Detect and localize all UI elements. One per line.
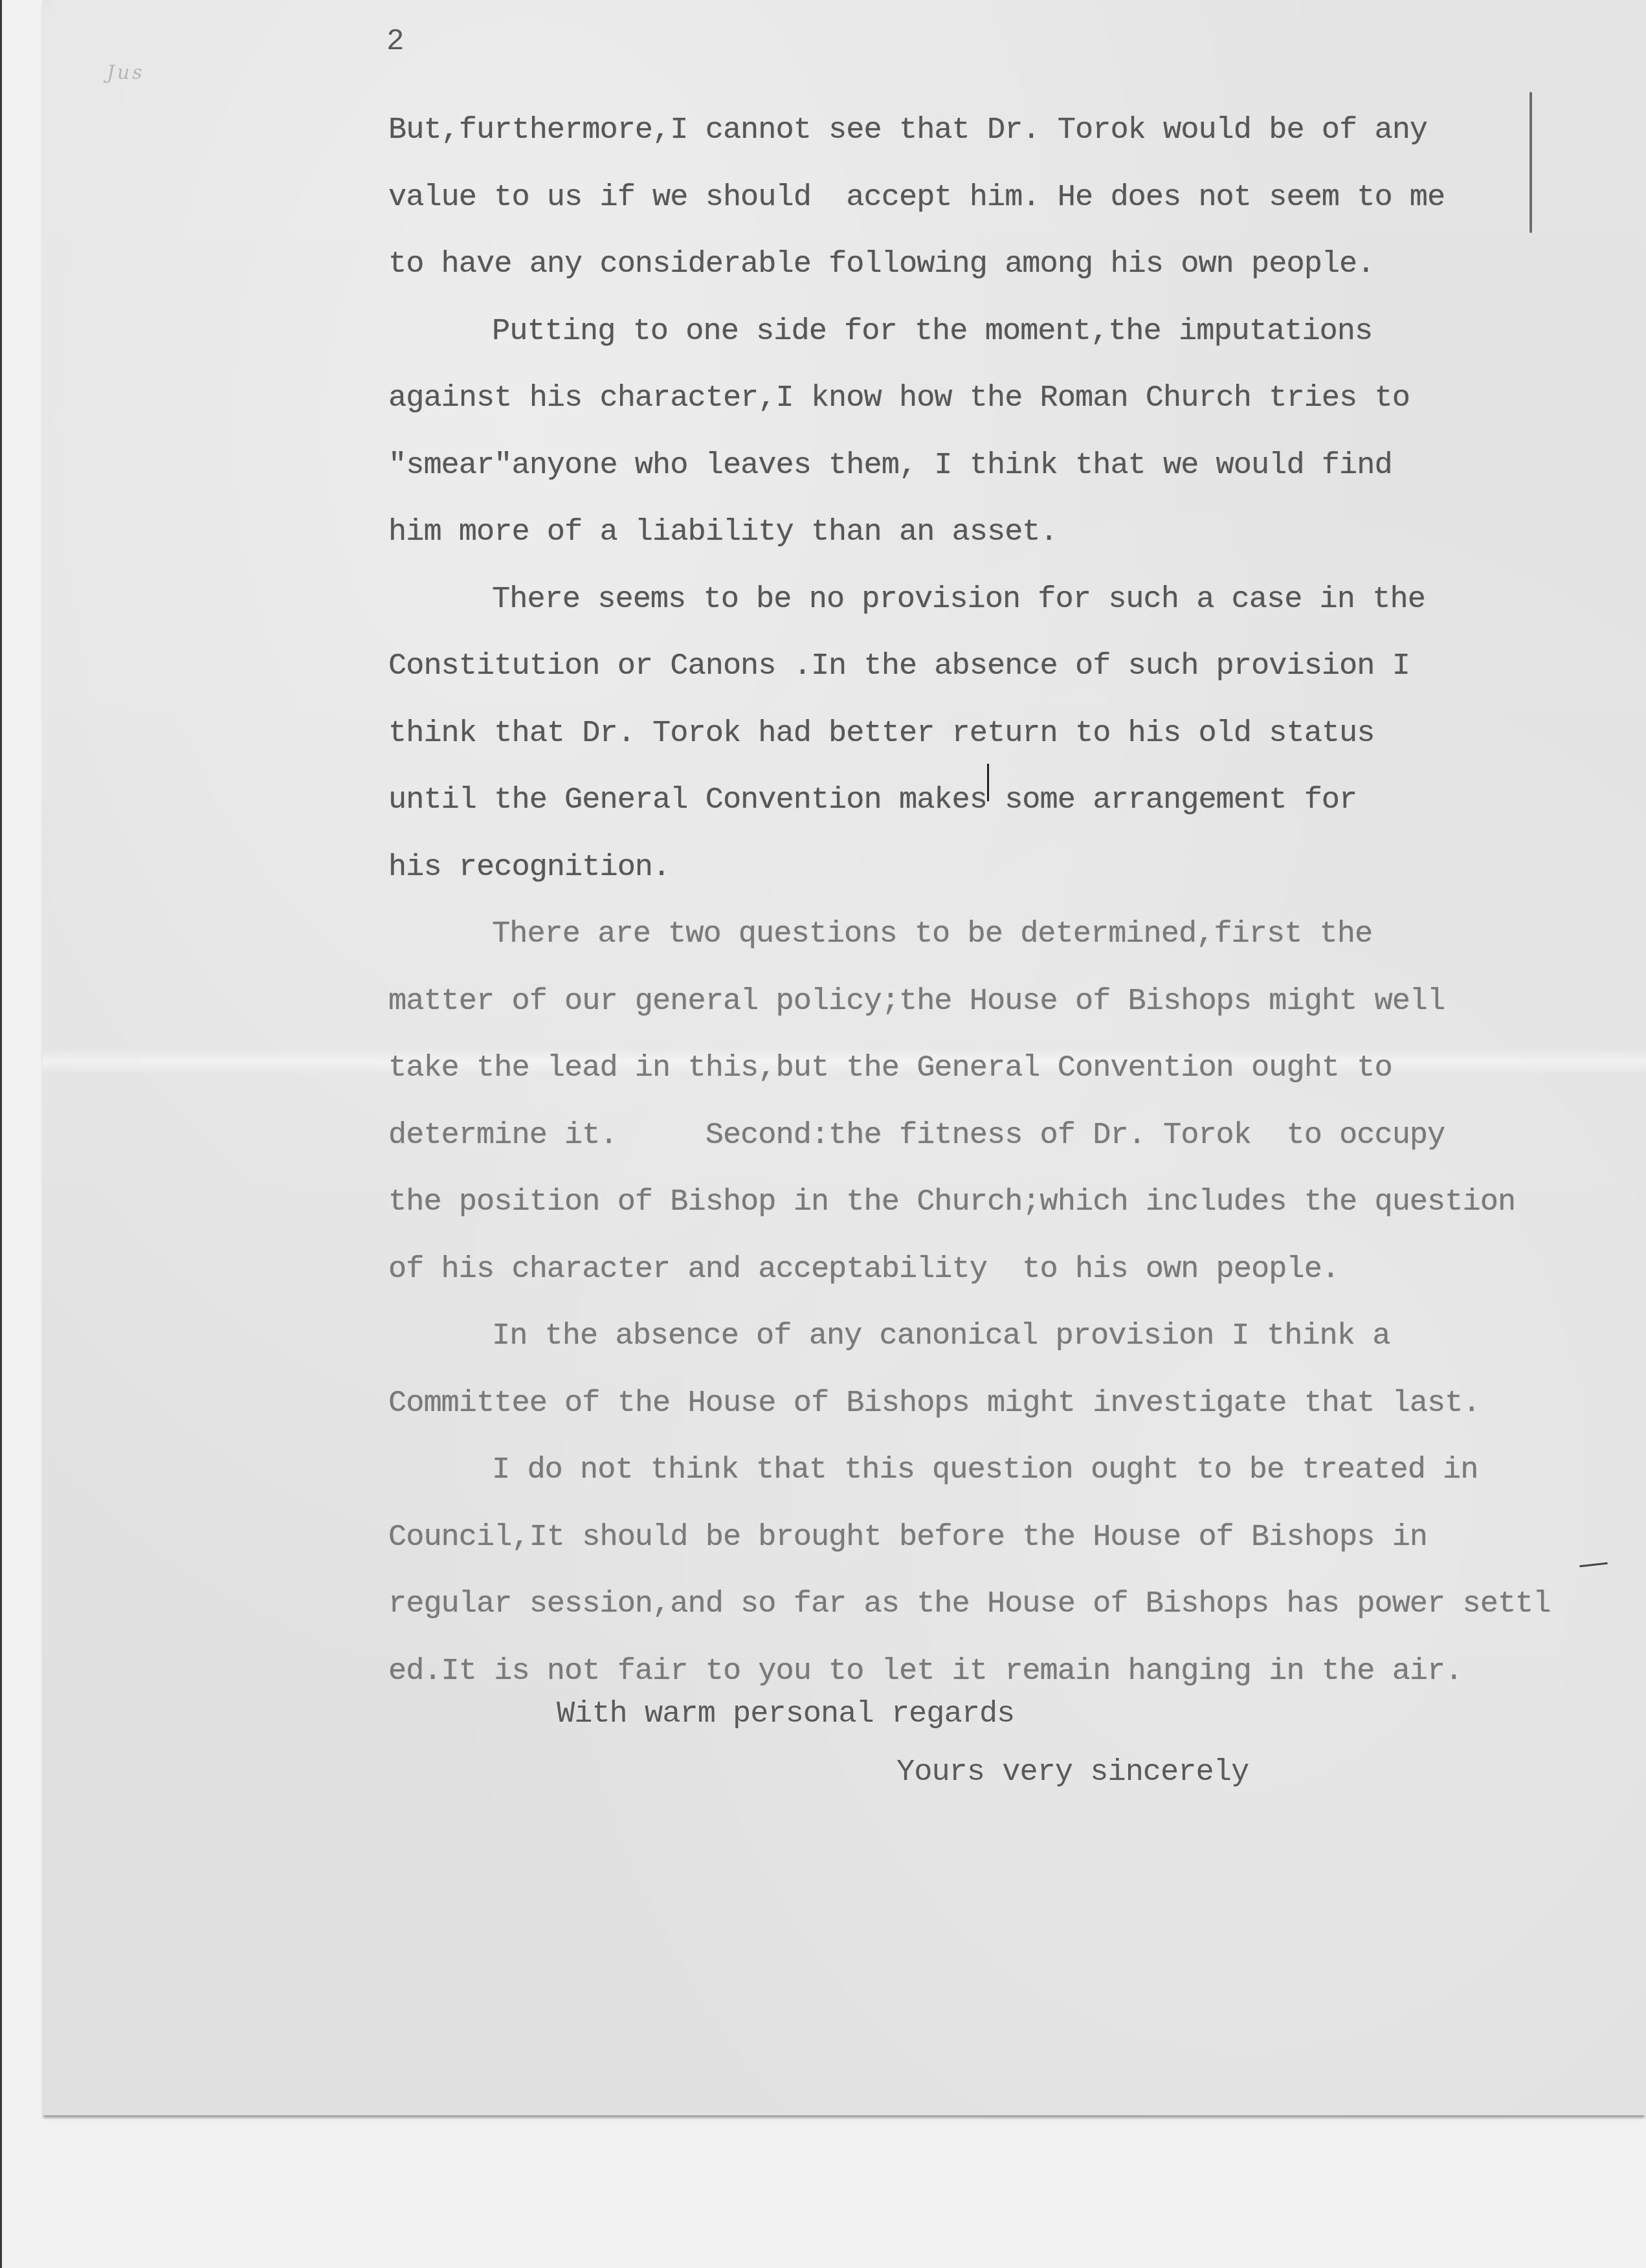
text-line: Council,It should be brought before the …: [388, 1504, 1540, 1572]
text-line: until the General Convention makes some …: [388, 767, 1540, 834]
paragraph: But,furthermore,I cannot see that Dr. To…: [388, 97, 1540, 298]
paragraph: I do not think that this question ought …: [388, 1437, 1540, 1705]
text-line: against his character,I know how the Rom…: [388, 365, 1540, 432]
scanned-page: Jus 2 But,furthermore,I cannot see that …: [0, 0, 1646, 2268]
text-line: the position of Bishop in the Church;whi…: [388, 1169, 1540, 1236]
signoff-line: Yours very sincerely: [896, 1755, 1249, 1790]
text-line: matter of our general policy;the House o…: [388, 968, 1540, 1036]
text-line: to have any considerable following among…: [388, 231, 1540, 298]
text-line: Putting to one side for the moment,the i…: [388, 298, 1540, 366]
text-line: Constitution or Canons .In the absence o…: [388, 633, 1540, 700]
text-line: take the lead in this,but the General Co…: [388, 1035, 1540, 1102]
scanner-edge: [0, 0, 2, 2268]
text-line: "smear"anyone who leaves them, I think t…: [388, 432, 1540, 500]
text-line: regular session,and so far as the House …: [388, 1571, 1540, 1638]
letter-body: But,furthermore,I cannot see that Dr. To…: [388, 97, 1540, 1705]
closing-line: With warm personal regards: [557, 1697, 1014, 1731]
text-line: There are two questions to be determined…: [388, 901, 1540, 968]
text-line: In the absence of any canonical provisio…: [388, 1303, 1540, 1370]
paragraph: Putting to one side for the moment,the i…: [388, 298, 1540, 566]
text-line: There seems to be no provision for such …: [388, 566, 1540, 634]
text-line: value to us if we should accept him. He …: [388, 164, 1540, 232]
text-line: But,furthermore,I cannot see that Dr. To…: [388, 97, 1540, 164]
text-line: ed.It is not fair to you to let it remai…: [388, 1638, 1540, 1706]
paragraph: In the absence of any canonical provisio…: [388, 1303, 1540, 1437]
paragraph: There seems to be no provision for such …: [388, 566, 1540, 902]
text-line: of his character and acceptability to hi…: [388, 1236, 1540, 1304]
page-number: 2: [386, 25, 405, 58]
text-line: think that Dr. Torok had better return t…: [388, 700, 1540, 768]
text-line: I do not think that this question ought …: [388, 1437, 1540, 1504]
margin-smudge: Jus: [107, 61, 184, 87]
text-line: his recognition.: [388, 834, 1540, 902]
text-line: Committee of the House of Bishops might …: [388, 1370, 1540, 1438]
text-line: determine it. Second:the fitness of Dr. …: [388, 1102, 1540, 1170]
text-line: him more of a liability than an asset.: [388, 499, 1540, 566]
paragraph: There are two questions to be determined…: [388, 901, 1540, 1303]
